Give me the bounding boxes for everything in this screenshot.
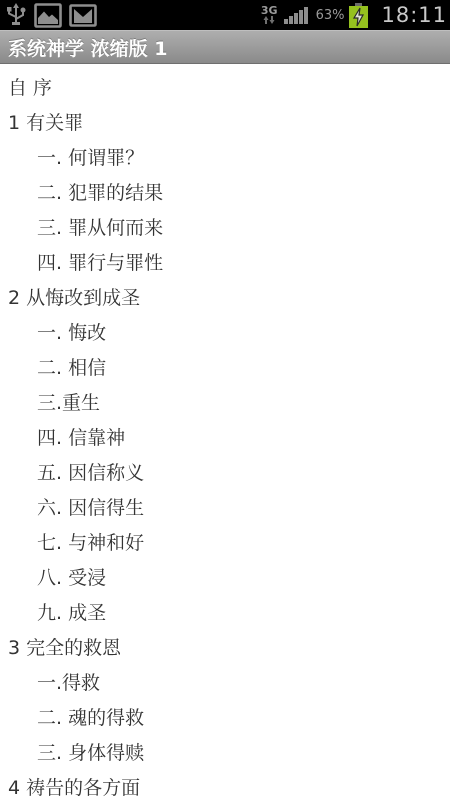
battery-charging-icon [349,3,368,28]
gmail-icon [69,3,97,28]
toc-section-1-3[interactable]: 三. 罪从何而来 [0,209,450,244]
status-bar: 3G 63% 18:11 [0,0,450,30]
toc-chapter-4[interactable]: 4 祷告的各方面 [0,769,450,800]
toc-chapter-1[interactable]: 1 有关罪 [0,104,450,139]
toc-section-2-4[interactable]: 四. 信靠神 [0,419,450,454]
toc-section-2-7[interactable]: 七. 与神和好 [0,524,450,559]
toc-section-1-2[interactable]: 二. 犯罪的结果 [0,174,450,209]
toc-section-3-1[interactable]: 一.得救 [0,664,450,699]
clock: 18:11 [381,3,447,27]
toc-section-1-4[interactable]: 四. 罪行与罪性 [0,244,450,279]
toc-section-3-3[interactable]: 三. 身体得赎 [0,734,450,769]
toc-section-2-1[interactable]: 一. 悔改 [0,314,450,349]
gallery-icon [34,3,62,28]
toc-section-2-3[interactable]: 三.重生 [0,384,450,419]
toc-item-preface[interactable]: 自 序 [0,69,450,104]
toc-list: 自 序 1 有关罪 一. 何谓罪？ 二. 犯罪的结果 三. 罪从何而来 四. 罪… [0,64,450,800]
data-arrows-icon [263,16,275,25]
network-type-indicator: 3G [261,5,278,25]
toc-section-2-8[interactable]: 八. 受浸 [0,559,450,594]
toc-chapter-2[interactable]: 2 从悔改到成圣 [0,279,450,314]
app-title-bar: 系统神学 浓缩版 1 [0,30,450,64]
status-bar-system: 3G 63% 18:11 [261,3,447,28]
network-type-label: 3G [261,5,278,16]
toc-section-2-2[interactable]: 二. 相信 [0,349,450,384]
signal-strength-icon [284,7,310,24]
toc-section-2-9[interactable]: 九. 成圣 [0,594,450,629]
toc-chapter-3[interactable]: 3 完全的救恩 [0,629,450,664]
toc-section-3-2[interactable]: 二. 魂的得救 [0,699,450,734]
toc-section-2-5[interactable]: 五. 因信称义 [0,454,450,489]
page-title: 系统神学 浓缩版 1 [8,34,167,61]
battery-percent-label: 63% [316,8,345,23]
toc-section-2-6[interactable]: 六. 因信得生 [0,489,450,524]
status-bar-notifications [5,3,97,28]
toc-section-1-1[interactable]: 一. 何谓罪？ [0,139,450,174]
usb-icon [5,3,27,27]
